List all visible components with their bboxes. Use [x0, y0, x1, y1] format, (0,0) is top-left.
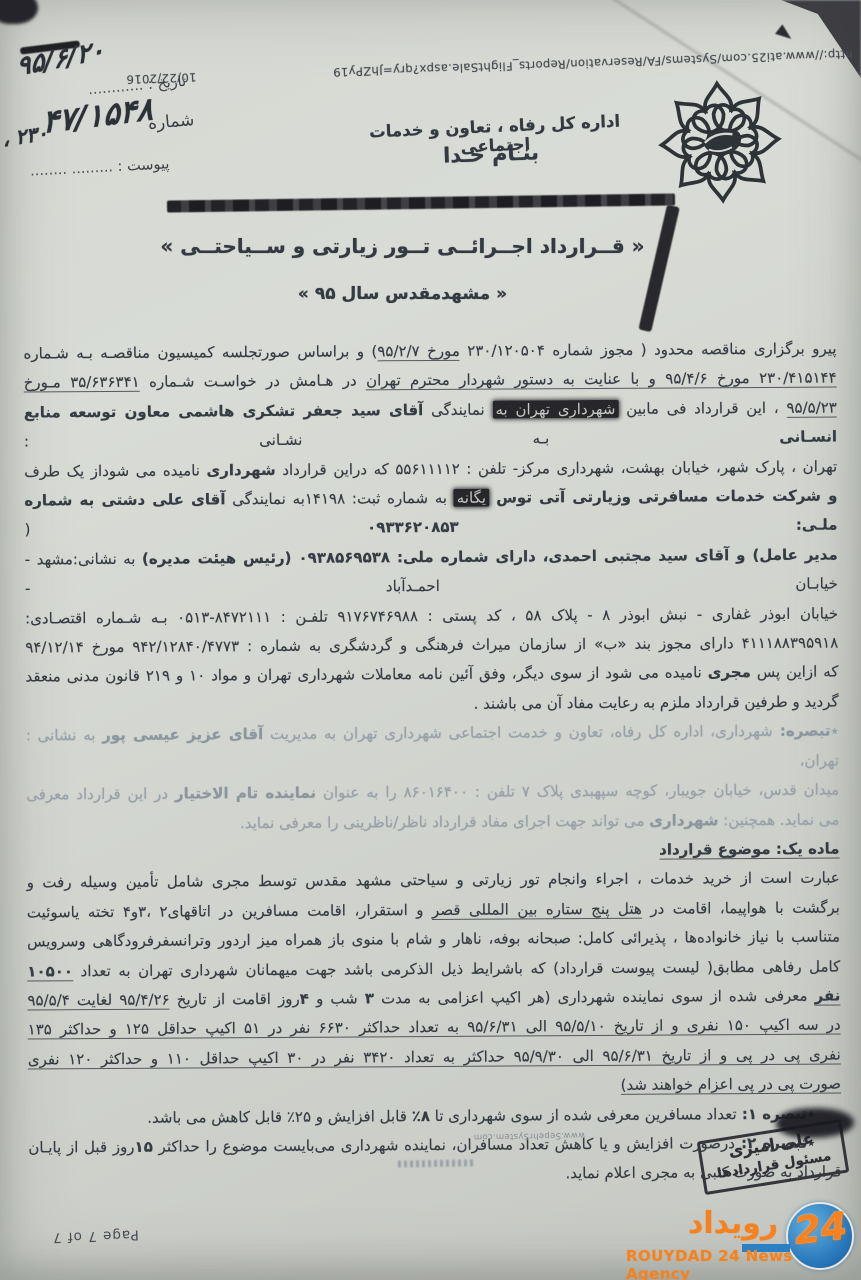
text-run: تعداد مسافرین معرفی شده از سوی شهرداری ت… — [430, 1105, 737, 1125]
watermark-24: 24 — [792, 1203, 849, 1252]
contract-body: پیرو برگزاری مناقصه محدود ( مجوز شماره ۲… — [23, 335, 841, 1193]
text-run: یگانه — [454, 489, 489, 507]
text-run: در سه اکیپ ۱۵۰ نفری و از تاریخ ۹۵/۵/۱۰ ا… — [28, 1016, 841, 1040]
text-run: که ازاین پس — [751, 663, 839, 682]
text-run: خیابان ابوذر غفاری - نبش ابوذر ۸ - پلاک … — [25, 604, 838, 627]
text-run: به شماره ثبت: ۱۴۱۹۸به نمایندگی — [225, 489, 453, 508]
text-run: روز قبل از پایـان — [28, 1138, 134, 1157]
text-run: برگشت با هواپیما، اقامت در — [642, 898, 840, 917]
text-run: صورت پی در پی اعزام خواهند شد) — [621, 1075, 842, 1095]
text-run: ۱۵ — [134, 1138, 152, 1156]
contract-line: صورت پی در پی اعزام خواهند شد) — [28, 1070, 841, 1104]
text-run: آقای عزیز عیسی پور — [102, 725, 263, 744]
text-run: پیرو برگزاری مناقصه محدود ( مجوز شماره ۲… — [460, 340, 837, 360]
text-run: مجری — [708, 664, 751, 682]
text-run: ۲۳۰/۴۱۵۱۴۴ مورخ ۹۵/۴/۶ و با عنایت به دست… — [366, 369, 837, 391]
text-run: نامیده می شود از سوی دیگر، وفق آئین نامه… — [25, 664, 707, 686]
text-run: ۹۵/۴/۲۶ لغایت ۹۵/۵/۴ — [27, 991, 169, 1011]
number-label: شماره — [147, 110, 195, 134]
contract-line: میدان قدس، خیابان جویبار، کوچه سپهبدی پل… — [26, 776, 839, 810]
contract-line: در سه اکیپ ۱۵۰ نفری و از تاریخ ۹۵/۵/۱۰ ا… — [28, 1011, 841, 1045]
text-run: بـه نشـانی : — [24, 428, 779, 451]
text-run: نامیده می شوداز یک طرف — [24, 461, 206, 480]
text-run: ۳ — [365, 989, 374, 1007]
text-run: معرفی شده از سوی نماینده شهرداری (هر اکی… — [374, 987, 815, 1008]
text-run: شهرداری — [206, 461, 275, 479]
text-run: تهران ، پارک شهر، خیابان بهشت، شهرداری م… — [276, 457, 838, 478]
text-run: ) و براساس صورتجلسه کمیسیون مناقصـه بـه … — [23, 342, 377, 362]
illegible-print-mark — [395, 1159, 473, 1167]
text-run: متناسب با نیاز خانواده‌ها ، پذیرائی کامل… — [27, 928, 840, 951]
handwritten-number-prefix: ، ۲۳۰ — [0, 121, 49, 152]
text-run: شب و — [309, 989, 365, 1007]
contract-line: متناسب با نیاز خانواده‌ها ، پذیرائی کامل… — [27, 923, 840, 957]
handwritten-number: ۴۷/۱۵۴۸ — [42, 91, 153, 141]
contract-line: می نماید. همچنین: شهرداری می تواند جهت ا… — [26, 805, 839, 839]
text-run: شهرداری، اداره کل رفاه، تعاون و خدمت اجت… — [263, 722, 773, 743]
text-run: مدیر عامل) و آقای سید مجتبی احمدی، دارای… — [142, 545, 838, 567]
text-run: نفر — [815, 986, 841, 1005]
contract-line: عبارت است از خرید خدمات ، اجراء وانجام ت… — [27, 864, 840, 898]
text-run: ماده یک: موضوع قرارداد — [659, 839, 840, 859]
text-run: ۱۰۵۰۰ — [27, 962, 73, 981]
corner-bracket-mark — [638, 205, 679, 333]
contract-subtitle: « مشهدمقدس سال ۹۵ » — [230, 284, 575, 304]
text-run: میدان قدس، خیابان جویبار، کوچه سپهبدی پل… — [316, 781, 839, 802]
text-run: نفری پی در پی و از تاریخ ۹۵/۶/۳۱ الی ۹۵/… — [28, 1045, 841, 1069]
text-run: کامل رفاهی مطابق( لیست پیوست قرارداد) که… — [73, 957, 840, 980]
text-run: ۴۱۱۱۸۸۳۹۵۹۱۸ دارای مجوز بند «ب» از سازما… — [25, 634, 838, 657]
contract-line: ٭تبصره: شهرداری، اداره کل رفاه، تعاون و … — [26, 717, 839, 781]
text-run: عبارت است از خرید خدمات ، اجراء وانجام ت… — [27, 869, 840, 892]
scan-arrow-mark — [775, 24, 795, 43]
contract-title: « قــرارداد اجــرائــی تــور زیارتی و سـ… — [130, 234, 675, 258]
attachment-field: پیوست : ......... ........ — [30, 156, 170, 179]
contract-line: ۹۵/۵/۲۳ ، این قرارداد فی مابین شهرداری ت… — [24, 393, 837, 457]
text-run: و شرکت خدمات مسافرتی وزیارتی آتی توس — [489, 487, 837, 507]
date-label: تاریخ : — [147, 74, 187, 93]
text-run: شهرداری — [649, 811, 718, 829]
contract-line: و شرکت خدمات مسافرتی وزیارتی آتی توس یگا… — [24, 482, 837, 546]
text-run: هتل پنج ستاره بین المللی قصر — [432, 899, 642, 919]
text-run: می نماید. همچنین: — [718, 810, 839, 829]
text-run: ۴ — [300, 990, 309, 1008]
attachment-dotted-line: ......... ........ — [30, 159, 114, 179]
watermark-agency-name: ROUYDAD 24 News Agency — [626, 1247, 861, 1280]
contract-line: که ازاین پس مجری نامیده می شود از سوی دی… — [25, 658, 838, 692]
text-run: روز اقامت از تاریخ — [170, 990, 300, 1009]
text-run: و استقرار، اقامت مسافرین در اتاقهای۲ ،۳و… — [27, 901, 432, 921]
text-run: ، این قرارداد فی مابین — [618, 399, 786, 418]
contract-line: مدیر عامل) و آقای سید مجتبی احمدی، دارای… — [25, 540, 838, 604]
contract-line: ۲۳۰/۴۱۵۱۴۴ مورخ ۹۵/۴/۶ و با عنایت به دست… — [24, 364, 837, 398]
text-run: قابل افزایش و ۲۵٪ قابل کاهش می باشد. — [147, 1107, 412, 1127]
redacted-bar — [167, 193, 675, 212]
text-run: در این قرارداد معرفی — [26, 785, 175, 804]
text-run: ۳۵/۶۳۶۳۴۱ مـورخ — [24, 373, 140, 393]
scanned-contract-page: http://www.ati25.com/Systems/FA/Reservat… — [0, 0, 861, 1280]
watermark-persian-logo: رویداد — [688, 1206, 794, 1241]
text-run: نماینده تام الاختیار — [175, 784, 316, 803]
text-run: مورخ ۹۵/۲/۷ — [377, 342, 460, 362]
ink-smudge — [776, 1107, 855, 1140]
text-run: ۹۵/۵/۲۳ — [786, 398, 837, 417]
text-run: می تواند جهت اجرای مفاد قرارداد ناظر/ناظ… — [240, 811, 649, 831]
text-run: تبصره: — [773, 722, 831, 740]
number-field: شماره — [147, 110, 195, 134]
text-run: در هـامش در خواسـت شـماره — [140, 372, 366, 391]
attachment-label: پیوست : — [117, 156, 170, 175]
text-run: گردید و طرفین قرارداد ملزم به رعایت مفاد… — [474, 692, 839, 712]
text-run: شهرداری تهران به — [492, 400, 618, 419]
text-run: ۸٪ — [412, 1107, 430, 1125]
page-number-flipped: Page 7 of 7 — [52, 1226, 139, 1245]
text-run: ( — [25, 519, 368, 539]
text-run: ٭ — [831, 722, 839, 740]
scan-smudge-top-left — [0, 0, 38, 24]
text-run: نمایندگی — [423, 400, 492, 418]
